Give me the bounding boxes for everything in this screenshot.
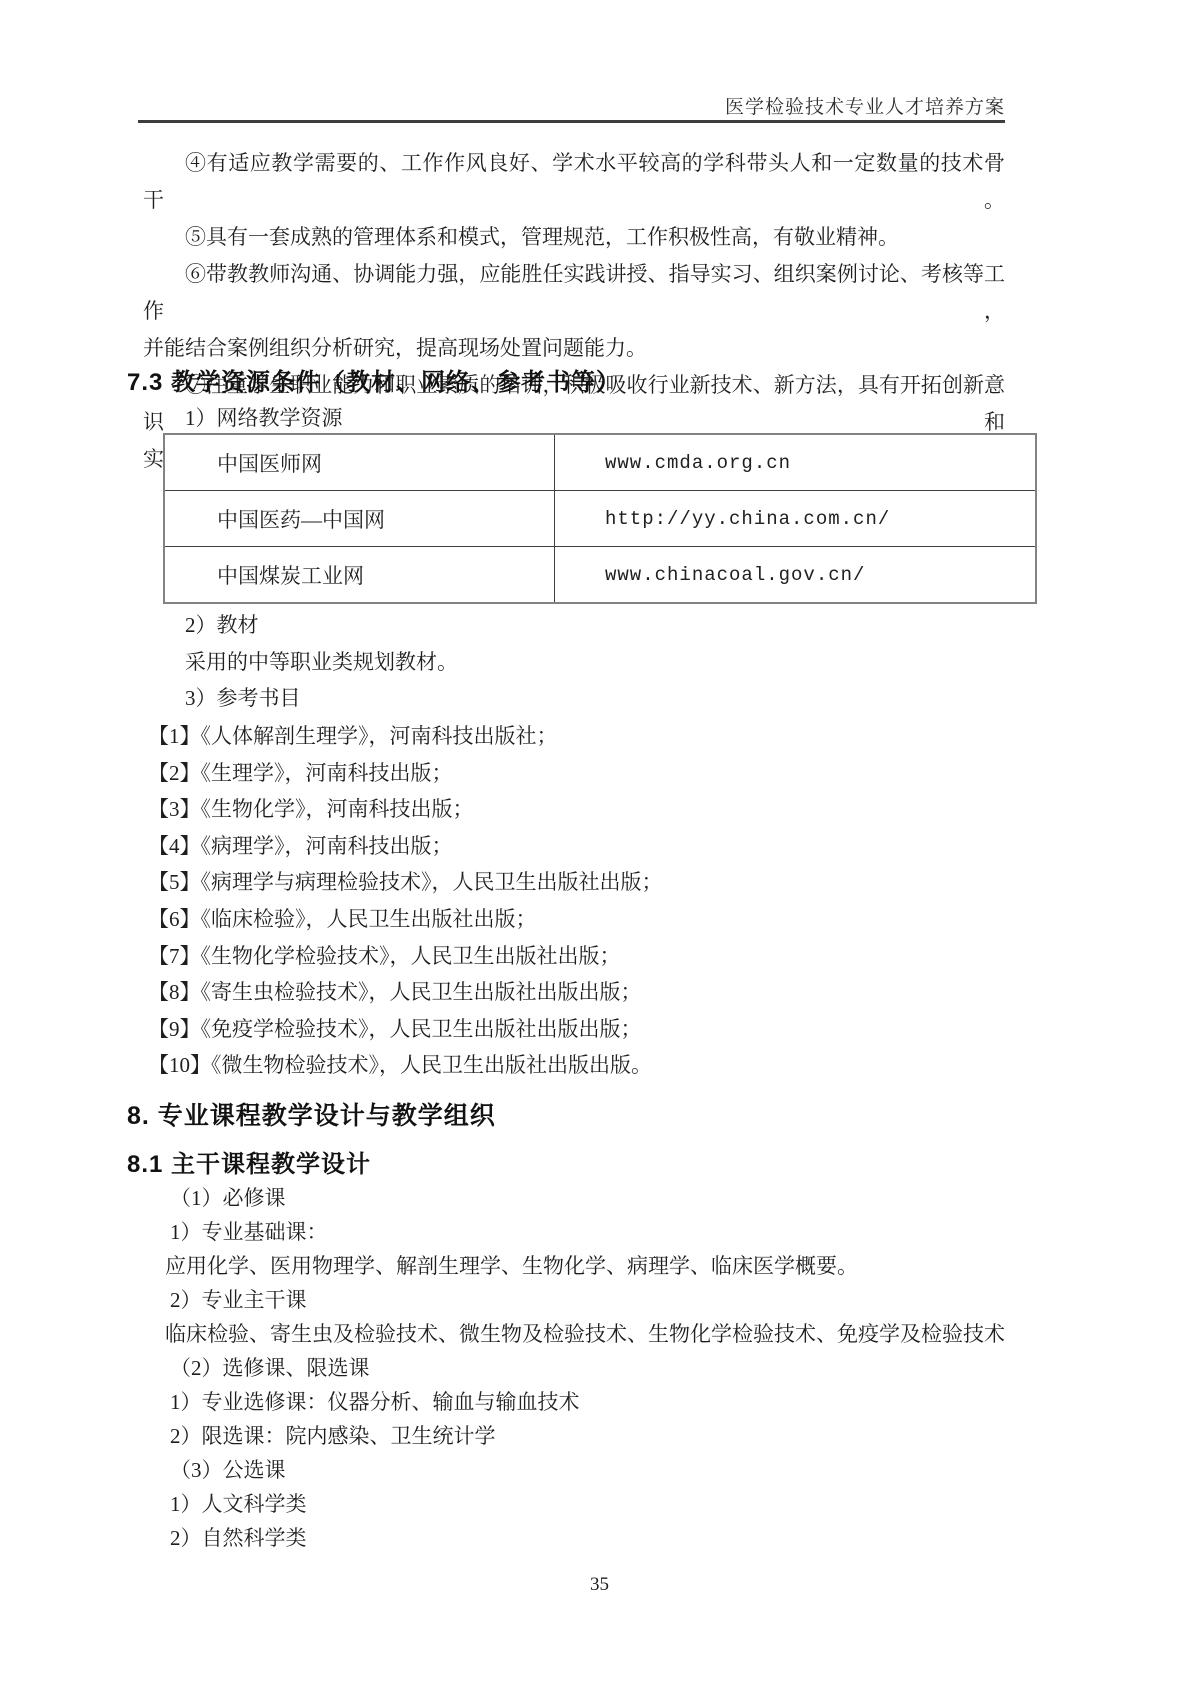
site-name-cell: 中国医药—中国网 xyxy=(165,491,555,546)
reference-book-item: 【4】《病理学》，河南科技出版； xyxy=(148,828,1008,865)
course-item: 2）专业主干课 xyxy=(143,1283,1005,1317)
reference-book-item: 【2】《生理学》，河南科技出版； xyxy=(148,755,1008,792)
table-row: 中国医师网 www.cmda.org.cn xyxy=(165,435,1035,490)
course-item: （3）公选课 xyxy=(143,1453,1005,1487)
course-item: （2）选修课、限选课 xyxy=(143,1351,1005,1385)
reference-book-item: 【3】《生物化学》，河南科技出版； xyxy=(148,791,1008,828)
section-heading-8-1: 8.1 主干课程教学设计 xyxy=(127,1144,371,1179)
reference-book-item: 【7】《生物化学检验技术》，人民卫生出版社出版； xyxy=(148,938,1008,975)
paragraph-line: ⑥带教教师沟通、协调能力强，应能胜任实践讲授、指导实习、组织案例讨论、考核等工作… xyxy=(143,256,1005,330)
reference-book-item: 【9】《免疫学检验技术》，人民卫生出版社出版出版； xyxy=(148,1011,1008,1048)
paragraph-line: ④有适应教学需要的、工作作风良好、学术水平较高的学科带头人和一定数量的技术骨干。 xyxy=(143,145,1005,219)
list-item-textbook: 2）教材 xyxy=(185,607,1005,644)
document-page: 医学检验技术专业人才培养方案 ④有适应教学需要的、工作作风良好、学术水平较高的学… xyxy=(0,0,1199,1696)
table-row: 中国煤炭工业网 www.chinacoal.gov.cn/ xyxy=(165,546,1035,602)
course-item: 1）专业选修课：仪器分析、输血与输血技术 xyxy=(143,1385,1005,1419)
resources-table: 中国医师网 www.cmda.org.cn 中国医药—中国网 http://yy… xyxy=(163,433,1037,604)
table-row: 中国医药—中国网 http://yy.china.com.cn/ xyxy=(165,490,1035,546)
site-url-cell: www.cmda.org.cn xyxy=(555,435,1035,490)
site-name-cell: 中国医师网 xyxy=(165,435,555,490)
course-item: 2）限选课：院内感染、卫生统计学 xyxy=(143,1419,1005,1453)
textbook-note: 采用的中等职业类规划教材。 xyxy=(185,644,1005,681)
page-header-title: 医学检验技术专业人才培养方案 xyxy=(725,92,1005,119)
curriculum-design-list: （1）必修课 1）专业基础课： 应用化学、医用物理学、解剖生理学、生物化学、病理… xyxy=(143,1181,1005,1555)
list-item-reference-list: 3）参考书目 xyxy=(185,680,1005,717)
course-item: （1）必修课 xyxy=(143,1181,1005,1215)
reference-book-item: 【10】《微生物检验技术》，人民卫生出版社出版出版。 xyxy=(148,1047,1008,1084)
paragraph-line: ⑤具有一套成熟的管理体系和模式，管理规范，工作积极性高，有敬业精神。 xyxy=(143,219,1005,256)
course-item: 2）自然科学类 xyxy=(143,1521,1005,1555)
site-name-cell: 中国煤炭工业网 xyxy=(165,547,555,602)
reference-book-item: 【8】《寄生虫检验技术》，人民卫生出版社出版出版； xyxy=(148,974,1008,1011)
teaching-material-block: 2）教材 采用的中等职业类规划教材。 3）参考书目 xyxy=(185,607,1005,717)
header-rule xyxy=(138,120,1005,123)
list-item-network-resources: 1）网络教学资源 xyxy=(185,402,343,432)
site-url-cell: www.chinacoal.gov.cn/ xyxy=(555,547,1035,602)
page-number: 35 xyxy=(0,1574,1199,1596)
reference-book-item: 【5】《病理学与病理检验技术》，人民卫生出版社出版； xyxy=(148,864,1008,901)
reference-book-item: 【6】《临床检验》，人民卫生出版社出版； xyxy=(148,901,1008,938)
course-item: 应用化学、医用物理学、解剖生理学、生物化学、病理学、临床医学概要。 xyxy=(143,1249,1005,1283)
section-heading-7-3: 7.3 教学资源条件（教材、网络、参考书等） xyxy=(127,362,621,397)
site-url-cell: http://yy.china.com.cn/ xyxy=(555,491,1035,546)
course-item: 1）专业基础课： xyxy=(143,1215,1005,1249)
course-item: 临床检验、寄生虫及检验技术、微生物及检验技术、生物化学检验技术、免疫学及检验技术 xyxy=(143,1317,1005,1351)
course-item: 1）人文科学类 xyxy=(143,1487,1005,1521)
reference-book-list: 【1】《人体解剖生理学》，河南科技出版社； 【2】《生理学》，河南科技出版； 【… xyxy=(148,718,1008,1084)
reference-book-item: 【1】《人体解剖生理学》，河南科技出版社； xyxy=(148,718,1008,755)
section-heading-8: 8. 专业课程教学设计与教学组织 xyxy=(127,1096,496,1132)
